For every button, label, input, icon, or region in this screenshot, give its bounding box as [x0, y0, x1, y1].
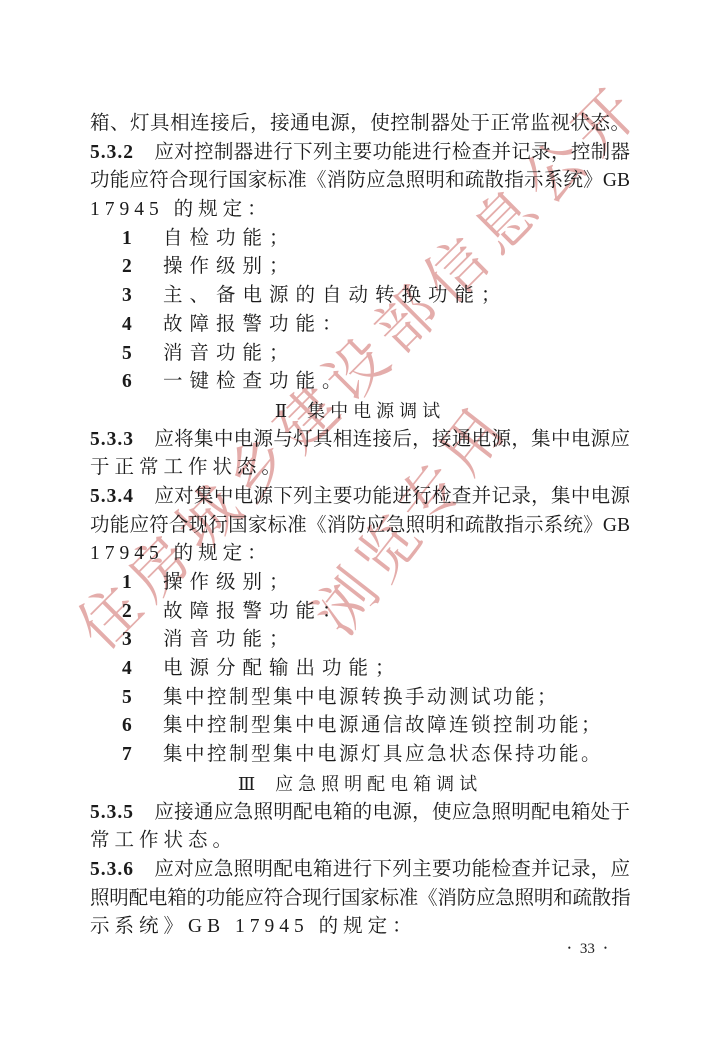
list-item-number: 3	[122, 626, 163, 655]
list-item: 4电源分配输出功能；	[90, 655, 630, 684]
clause-5-3-2-line-3: 17945 的规定：	[90, 196, 630, 225]
list-item: 2故障报警功能：	[90, 598, 630, 627]
list-item-text: 一键检查功能。	[163, 371, 349, 392]
scanned-document-page: 住房城乡建设部信息公开 浏览专用 箱、灯具相连接后，接通电源，使控制器处于正常监…	[0, 0, 720, 1043]
list-item: 6一键检查功能。	[90, 368, 630, 397]
list-item-text: 操作级别；	[163, 256, 296, 277]
clause-5-3-4-line-1: 5.3.4应对集中电源下列主要功能进行检查并记录，集中电源的	[90, 483, 630, 512]
clause-5-3-2-line-1: 5.3.2应对控制器进行下列主要功能进行检查并记录，控制器的	[90, 139, 630, 168]
clause-5-3-4-line-2: 功能应符合现行国家标准《消防应急照明和疏散指示系统》GB	[90, 512, 630, 541]
clause-5-3-3-line-1: 5.3.3应将集中电源与灯具相连接后，接通电源，集中电源应处	[90, 426, 630, 455]
list-item: 6集中控制型集中电源通信故障连锁控制功能；	[90, 712, 630, 741]
list-item: 7集中控制型集中电源灯具应急状态保持功能。	[90, 741, 630, 770]
list-item-number: 2	[122, 598, 163, 627]
clause-number: 5.3.4	[90, 486, 134, 507]
list-item-number: 3	[122, 282, 163, 311]
list-item-number: 2	[122, 253, 163, 282]
paragraph-continuation-line: 箱、灯具相连接后，接通电源，使控制器处于正常监视状态。	[90, 110, 630, 139]
list-item: 4故障报警功能：	[90, 311, 630, 340]
list-item-text: 集中控制型集中电源转换手动测试功能；	[163, 687, 559, 708]
list-item-number: 1	[122, 569, 163, 598]
clause-5-3-4-line-3: 17945 的规定：	[90, 540, 630, 569]
list-item-text: 集中控制型集中电源灯具应急状态保持功能。	[163, 744, 603, 765]
list-item: 1操作级别；	[90, 569, 630, 598]
page-number: 33	[580, 941, 595, 957]
list-item-text: 自检功能；	[163, 228, 296, 249]
list-item: 3消音功能；	[90, 626, 630, 655]
footer-dot-left: •	[568, 943, 571, 953]
list-item-text: 消音功能；	[163, 629, 296, 650]
list-item-text: 电源分配输出功能；	[163, 658, 402, 679]
list-item-text: 消音功能；	[163, 343, 296, 364]
list-item: 2操作级别；	[90, 253, 630, 282]
section-title: 集中电源调试	[307, 401, 445, 421]
clause-text: 应对应急照明配电箱进行下列主要功能检查并记录，应急	[90, 859, 630, 885]
list-item-text: 集中控制型集中电源通信故障连锁控制功能；	[163, 715, 603, 736]
list-item: 1自检功能；	[90, 225, 630, 254]
clause-text: 应接通应急照明配电箱的电源，使应急照明配电箱处于正	[90, 802, 630, 828]
list-item-number: 4	[122, 311, 163, 340]
clause-number: 5.3.6	[90, 859, 134, 880]
list-item-text: 故障报警功能：	[163, 601, 349, 622]
list-item-number: 5	[122, 340, 163, 369]
list-item: 3主、备电源的自动转换功能；	[90, 282, 630, 311]
clause-number: 5.3.2	[90, 142, 134, 163]
list-item-number: 5	[122, 684, 163, 713]
footer-dot-right: •	[604, 943, 607, 953]
clause-5-3-3-line-2: 于正常工作状态。	[90, 454, 630, 483]
list-item-number: 7	[122, 741, 163, 770]
clause-5-3-6-line-1: 5.3.6应对应急照明配电箱进行下列主要功能检查并记录，应急	[90, 856, 630, 885]
section-heading-3: Ⅲ应急照明配电箱调试	[90, 770, 630, 799]
list-item-text: 操作级别；	[163, 572, 296, 593]
list-item-number: 6	[122, 368, 163, 397]
list-item: 5消音功能；	[90, 340, 630, 369]
clause-5-3-5-line-2: 常工作状态。	[90, 827, 630, 856]
list-item-number: 4	[122, 655, 163, 684]
section-numeral: Ⅲ	[238, 774, 255, 794]
page-footer: •33•	[559, 941, 616, 958]
list-item-text: 故障报警功能：	[163, 314, 349, 335]
clause-5-3-5-line-1: 5.3.5应接通应急照明配电箱的电源，使应急照明配电箱处于正	[90, 799, 630, 828]
clause-text: 应对控制器进行下列主要功能进行检查并记录，控制器的	[90, 142, 630, 168]
section-title: 应急照明配电箱调试	[275, 774, 482, 794]
clause-text: 应对集中电源下列主要功能进行检查并记录，集中电源的	[90, 486, 630, 512]
list-item-number: 6	[122, 712, 163, 741]
clause-5-3-6-line-3: 示系统》GB 17945 的规定：	[90, 913, 630, 942]
clause-number: 5.3.3	[90, 429, 134, 450]
section-heading-2: Ⅱ集中电源调试	[90, 397, 630, 426]
clause-5-3-6-line-2: 照明配电箱的功能应符合现行国家标准《消防应急照明和疏散指	[90, 885, 630, 914]
document-content: 箱、灯具相连接后，接通电源，使控制器处于正常监视状态。 5.3.2应对控制器进行…	[90, 110, 630, 942]
list-item: 5集中控制型集中电源转换手动测试功能；	[90, 684, 630, 713]
section-numeral: Ⅱ	[275, 401, 287, 421]
clause-number: 5.3.5	[90, 802, 134, 823]
list-item-text: 主、备电源的自动转换功能；	[163, 285, 508, 306]
list-item-number: 1	[122, 225, 163, 254]
clause-5-3-2-line-2: 功能应符合现行国家标准《消防应急照明和疏散指示系统》GB	[90, 167, 630, 196]
clause-text: 应将集中电源与灯具相连接后，接通电源，集中电源应处	[90, 429, 630, 455]
